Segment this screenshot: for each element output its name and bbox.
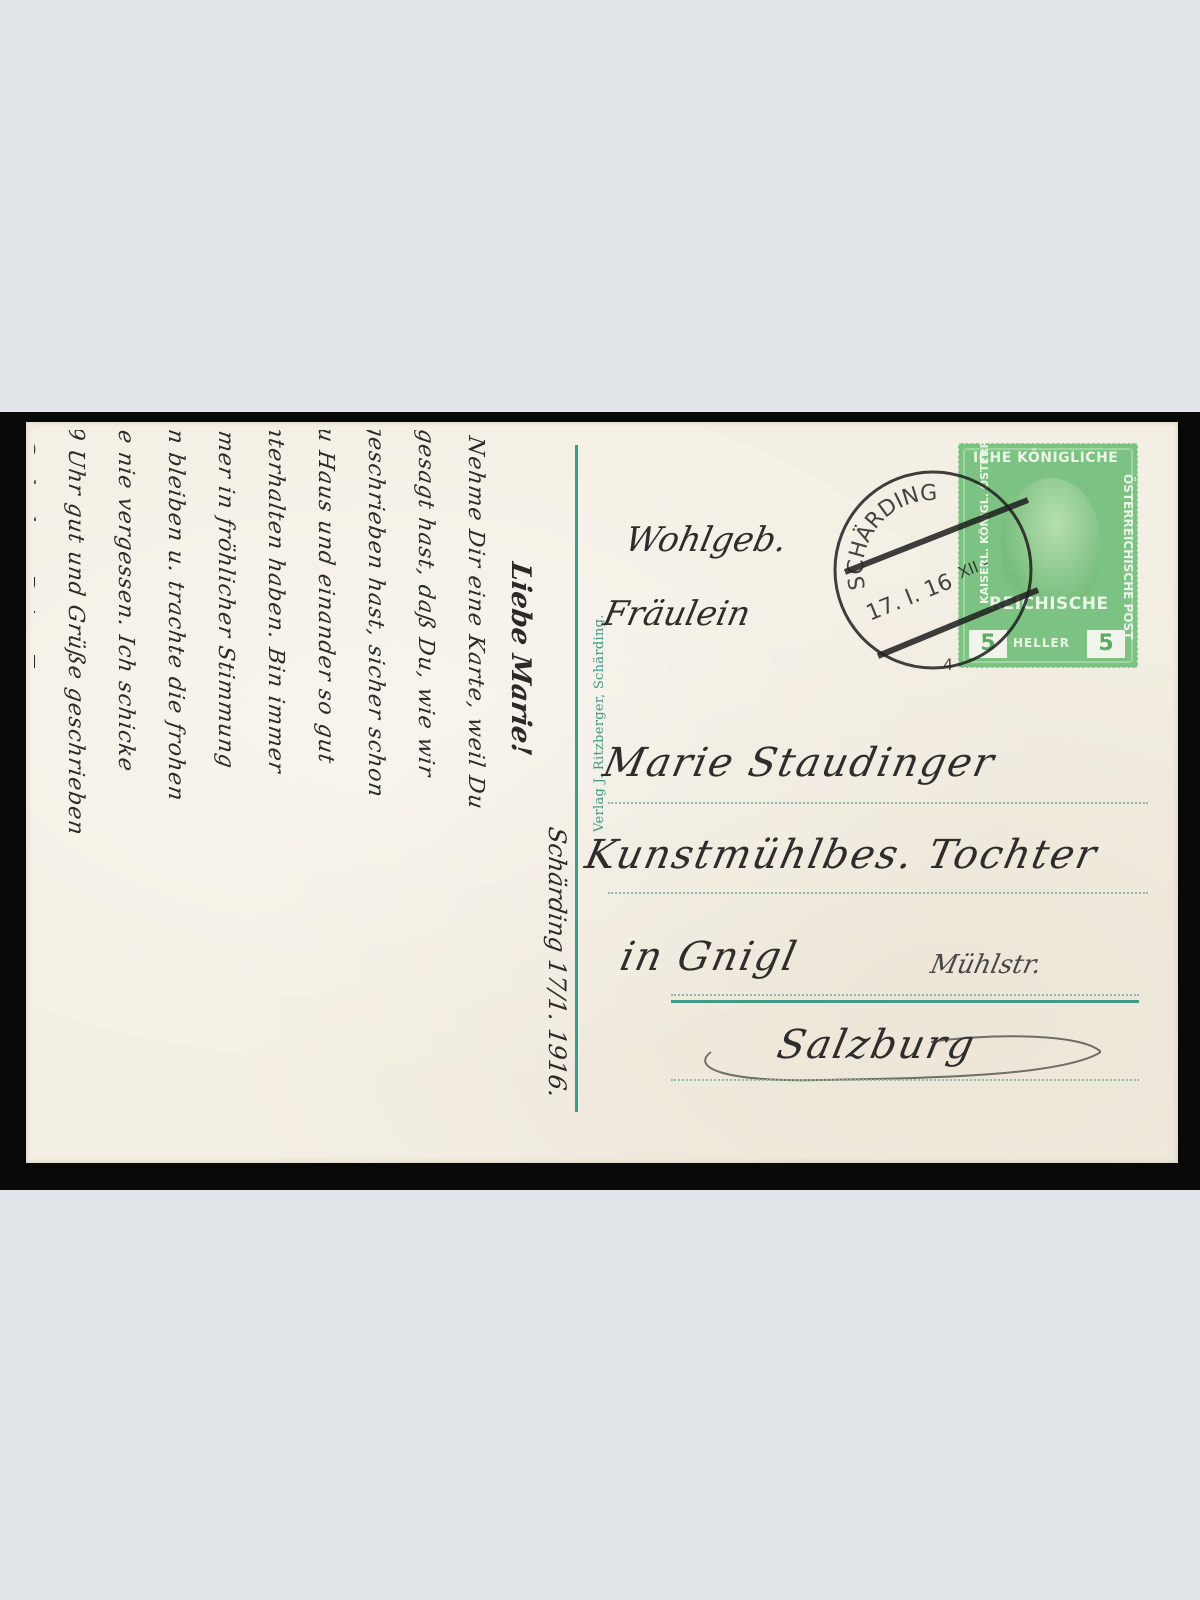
message-area: Schärding 17/1. 1916. Liebe Marie! Nehme… (34, 430, 569, 1158)
message-line: immer in fröhlicher Stimmung (200, 430, 250, 1094)
message-line: zu Haus und einander so gut (300, 430, 350, 1109)
message-line: Nehme Dir eine Karte, weil Du (450, 433, 500, 1130)
address-title: Fräulein (600, 594, 754, 634)
stamp-value-right: 5 (1087, 630, 1125, 658)
address-dotted-line-2 (608, 892, 1148, 894)
postmark-date: 17. I. 16 (863, 569, 956, 626)
stamp-value-left: 5 (969, 630, 1007, 658)
message-line: Tage nie vergessen. Ich schicke (100, 430, 150, 1080)
recipient-city: Salzburg (773, 1022, 980, 1068)
publisher-imprint: Verlag J. Ritzberger, Schärding. (592, 614, 607, 832)
address-dotted-line-4 (671, 1079, 1139, 1081)
message-salutation: Liebe Marie! (500, 440, 540, 1136)
recipient-description: Kunstmühlbes. Tochter (581, 832, 1102, 878)
recipient-street: Mühlstr. (928, 950, 1044, 980)
postcard: Schärding 17/1. 1916. Liebe Marie! Nehme… (26, 422, 1178, 1163)
stamp-right-text: ÖSTERREICHISCHE POST (1121, 474, 1135, 639)
address-dotted-line-1 (608, 802, 1148, 804)
stamp-left-text: KAISERL. KÖNIGL. ÖSTERR. (978, 436, 991, 604)
message-date: Schärding 17/1. 1916. (540, 445, 569, 1140)
message-line: geschrieben hast, sicher schon (350, 430, 400, 1116)
stamp-top-text: ICHE KÖNIGLICHE (973, 450, 1118, 466)
stamp-bottom-text: REICHISCHE (989, 594, 1109, 614)
stamp-currency: HELLER (1013, 636, 1070, 650)
center-divider-line (575, 445, 578, 1112)
postage-stamp: ICHE KÖNIGLICHE KAISERL. KÖNIGL. ÖSTERR.… (958, 443, 1138, 668)
message-line: Dir 9 Uhr gut und Grüße geschrieben (50, 430, 100, 1073)
message-line: Dein Gedenken, Deine Franz. (34, 430, 50, 1066)
message-line: unterhalten haben. Bin immer (250, 430, 300, 1101)
address-dotted-line-3 (671, 994, 1139, 996)
address-salutation: Wohlgeb. (622, 520, 791, 560)
recipient-name: Marie Staudinger (599, 740, 1000, 786)
message-line: gesagt hast, daß Du, wie wir (400, 430, 450, 1123)
message-line: Nun bleiben u. trachte die frohen (150, 430, 200, 1087)
postmark-town: SCHÄRDING (823, 473, 964, 596)
recipient-place: in Gnigl (616, 934, 802, 980)
handwritten-message: Schärding 17/1. 1916. Liebe Marie! Nehme… (34, 430, 569, 1140)
svg-text:SCHÄRDING: SCHÄRDING (823, 473, 964, 596)
emperor-portrait-icon (1001, 478, 1101, 608)
postmark-code: 4 (943, 655, 953, 674)
address-solid-line (671, 1000, 1139, 1003)
